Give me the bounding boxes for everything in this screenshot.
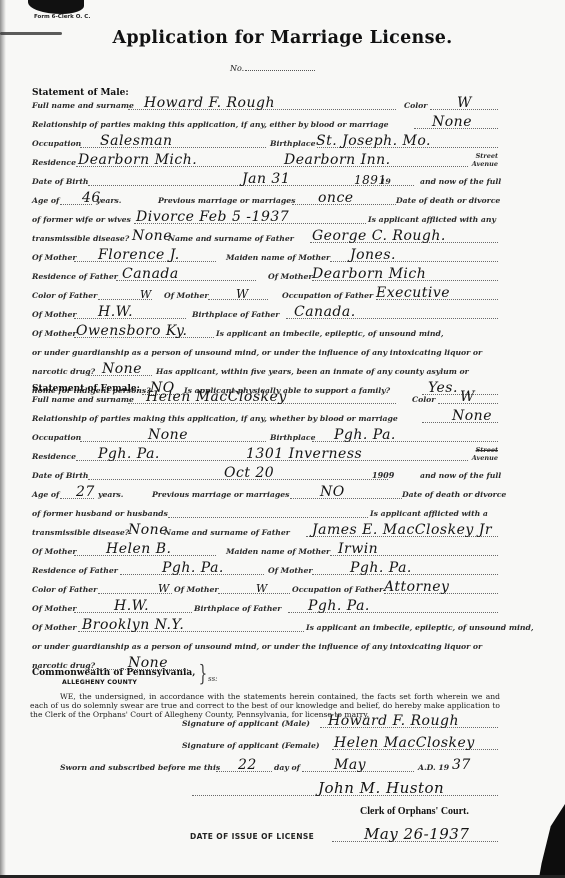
- male-parent-residence-line: Residence of Father Canada Of Mother Dea…: [32, 265, 498, 284]
- street-avenue-label: StreetAvenue: [472, 446, 498, 462]
- label: Maiden name of Mother: [226, 547, 330, 556]
- label: Birthplace of Father: [194, 604, 281, 613]
- female-relationship-line: Relationship of parties making this appl…: [32, 407, 498, 426]
- male-disease-line: transmissible disease? None Name and sur…: [32, 227, 498, 246]
- female-narcotic-line: [32, 629, 232, 648]
- label: Color: [404, 101, 427, 110]
- male-mother-residence: Dearborn Mich: [312, 266, 426, 282]
- label: 19: [380, 177, 391, 186]
- blank: [290, 497, 402, 499]
- female-transmissible: None: [128, 522, 168, 538]
- female-father-name: James E. MacCloskey Jr: [312, 522, 492, 538]
- label: Birthplace: [270, 139, 315, 148]
- label: narcotic drug?: [32, 661, 95, 670]
- male-transmissible: None: [132, 228, 172, 244]
- scan-corner-shadow: [539, 804, 565, 878]
- label: Birthplace: [270, 433, 315, 442]
- label: A.D. 19: [418, 763, 449, 772]
- street-avenue-label: StreetAvenue: [472, 152, 498, 168]
- label: of former husband or husbands: [32, 509, 168, 518]
- female-occupation-line: Occupation None Birthplace Pgh. Pa.: [32, 426, 498, 445]
- female-father-color: W: [158, 582, 170, 595]
- label: transmissible disease?: [32, 234, 129, 243]
- female-mother-name: Helen B.: [106, 541, 171, 557]
- male-signature: Howard F. Rough: [328, 713, 459, 729]
- female-mother-occupation: H.W.: [114, 598, 149, 614]
- label: Occupation: [32, 139, 81, 148]
- label: transmissible disease?: [32, 528, 129, 537]
- label: Of Mother: [164, 291, 208, 300]
- label: or under guardianship as a person of uns…: [32, 348, 482, 357]
- blank: [168, 516, 368, 518]
- male-mother-color: W: [236, 287, 249, 301]
- female-mother-line: Of Mother Helen B. Maiden name of Mother…: [32, 540, 498, 559]
- county-heading: ALLEGHENY COUNTY: [62, 679, 137, 686]
- label: Occupation of Father: [282, 291, 373, 300]
- male-parent-occupation-line: Of Mother H.W. Birthplace of Father Cana…: [32, 303, 498, 322]
- female-age: 27: [76, 484, 95, 500]
- label: Date of Birth: [32, 471, 89, 480]
- male-former-spouse-detail: Divorce Feb 5 -1937: [136, 209, 289, 225]
- label: Name and surname of Father: [168, 234, 294, 243]
- male-mother-birthplace-line: Of Mother Owensboro Ky. Is applicant an …: [32, 322, 498, 341]
- male-narcotic: None: [102, 361, 142, 377]
- female-parent-residence-line: Residence of Father Pgh. Pa. Of Mother P…: [32, 559, 498, 578]
- female-previous-marriages: NO: [320, 484, 345, 500]
- label: Of Mother: [174, 585, 218, 594]
- label: Color of Father: [32, 291, 97, 300]
- female-residence-street: 1301 Inverness: [246, 446, 362, 462]
- label: Is applicant afflicted with any: [368, 215, 496, 224]
- clerk-signature: John M. Huston: [318, 779, 444, 797]
- female-father-birthplace: Pgh. Pa.: [308, 598, 370, 614]
- label: Is applicant an imbecile, epileptic, of …: [216, 329, 444, 338]
- male-narcotic-line: narcotic drug? None Has applicant, withi…: [32, 360, 498, 379]
- issue-date-line: May 26-1937: [32, 826, 498, 845]
- label: and now of the full: [420, 177, 501, 186]
- ss-mark: ss:: [208, 675, 218, 683]
- label: Signature of applicant (Female): [182, 741, 319, 750]
- male-father-name: George C. Rough.: [312, 228, 446, 244]
- label: Full name and surname: [32, 101, 134, 110]
- sworn-month: May: [334, 757, 366, 773]
- label: Is applicant afflicted with a: [370, 509, 488, 518]
- female-former-spouse-line: of former husband or husbands Is applica…: [32, 502, 498, 521]
- label: of former wife or wives: [32, 215, 131, 224]
- male-age-line: Age of 46 years. Previous marriage or ma…: [32, 189, 498, 208]
- female-occupation: None: [148, 427, 188, 443]
- label: Is applicant an imbecile, epileptic, of …: [306, 623, 534, 632]
- label: and now of the full: [420, 471, 501, 480]
- label: narcotic drug?: [32, 367, 95, 376]
- label: Residence: [32, 158, 76, 167]
- sworn-line: Sworn and subscribed before me this 22 d…: [32, 756, 498, 775]
- label: Name and surname of Father: [164, 528, 290, 537]
- application-number: No.: [230, 64, 315, 73]
- label: Age of: [32, 490, 59, 499]
- label: years.: [96, 196, 121, 205]
- label: Signature of applicant (Male): [182, 719, 310, 728]
- label: Of Mother: [32, 547, 76, 556]
- label: Maiden name of Mother: [226, 253, 330, 262]
- number-blank: [245, 70, 315, 71]
- male-occupation: Salesman: [100, 133, 173, 149]
- male-relationship-line: Relationship of parties making this appl…: [32, 113, 498, 132]
- male-former-spouse-line: of former wife or wives Divorce Feb 5 -1…: [32, 208, 498, 227]
- label: Of Mother: [268, 566, 312, 575]
- female-father-occupation: Attorney: [384, 579, 449, 595]
- label: Of Mother: [32, 310, 76, 319]
- male-father-residence: Canada: [122, 266, 179, 282]
- female-parent-occupation-line: Of Mother H.W. Birthplace of Father Pgh.…: [32, 597, 498, 616]
- male-mother-maiden: Jones.: [350, 247, 396, 263]
- male-father-color: W: [140, 288, 152, 301]
- male-previous-marriages: once: [318, 190, 354, 206]
- scan-edge: [0, 0, 6, 878]
- female-dob: Oct 20: [224, 465, 274, 481]
- label: Occupation: [32, 433, 81, 442]
- male-guardianship-line: or under guardianship as a person of uns…: [32, 341, 498, 360]
- sworn-year: 37: [452, 757, 471, 773]
- male-residence-street: Dearborn Inn.: [284, 152, 391, 168]
- female-father-residence: Pgh. Pa.: [162, 560, 224, 576]
- female-birthplace: Pgh. Pa.: [334, 427, 396, 443]
- label: Relationship of parties making this appl…: [32, 414, 398, 423]
- clerk-title: Clerk of Orphans' Court.: [360, 806, 469, 817]
- label: Of Mother: [32, 329, 76, 338]
- female-mother-residence: Pgh. Pa.: [350, 560, 412, 576]
- ink-stain: [28, 0, 84, 14]
- label: Sworn and subscribed before me this: [60, 763, 220, 772]
- female-color: W: [460, 389, 475, 405]
- marriage-license-application: Form 6-Clerk O. C. Application for Marri…: [0, 0, 565, 878]
- male-relationship: None: [432, 114, 472, 130]
- label: Previous marriage or marriages: [158, 196, 295, 205]
- female-mother-color: W: [256, 582, 268, 595]
- female-signature-line: Signature of applicant (Female) Helen Ma…: [32, 734, 498, 753]
- label: Of Mother: [32, 604, 76, 613]
- number-label: No.: [230, 64, 244, 73]
- male-mother-birthplace: Owensboro Ky.: [76, 323, 187, 339]
- male-color: W: [457, 95, 472, 111]
- label: years.: [98, 490, 123, 499]
- female-residence-city: Pgh. Pa.: [98, 446, 160, 462]
- issue-date: May 26-1937: [364, 825, 469, 843]
- male-birthplace: St. Joseph. Mo.: [316, 133, 431, 149]
- label: Residence of Father: [32, 566, 118, 575]
- label: Relationship of parties making this appl…: [32, 120, 388, 129]
- document-title: Application for Marriage License.: [0, 28, 565, 48]
- label: Date of death or divorce: [402, 490, 506, 499]
- male-occupation-line: Occupation Salesman Birthplace St. Josep…: [32, 132, 498, 151]
- form-code: Form 6-Clerk O. C.: [34, 14, 90, 20]
- label: Residence: [32, 452, 76, 461]
- sworn-day: 22: [238, 757, 257, 773]
- female-dob-year: 1909: [372, 470, 394, 480]
- male-dob: Jan 31: [242, 171, 290, 187]
- label: Has applicant, within five years, been a…: [156, 367, 469, 376]
- male-name-line: Full name and surname Howard F. Rough Co…: [32, 94, 498, 113]
- label: Color: [412, 395, 435, 404]
- male-mother-occupation: H.W.: [98, 304, 133, 320]
- label: Full name and surname: [32, 395, 134, 404]
- label: Birthplace of Father: [192, 310, 279, 319]
- label: day of: [274, 763, 300, 772]
- male-father-occupation: Executive: [376, 285, 450, 301]
- male-signature-line: Signature of applicant (Male) Howard F. …: [32, 712, 498, 731]
- female-relationship: None: [452, 408, 492, 424]
- male-dob-line: Date of Birth Jan 31 1891 19 and now of …: [32, 170, 498, 189]
- label: Previous marriage or marriages: [152, 490, 289, 499]
- label: Of Mother: [268, 272, 312, 281]
- blank: [218, 592, 290, 594]
- female-age-line: Age of 27 years. Previous marriage or ma…: [32, 483, 498, 502]
- label: Occupation of Father: [292, 585, 383, 594]
- female-mother-maiden: Irwin: [338, 541, 378, 557]
- female-signature: Helen MacCloskey: [334, 735, 475, 751]
- male-mother-name: Florence J.: [98, 247, 180, 263]
- female-parent-color-line: Color of Father W Of Mother W Occupation…: [32, 578, 498, 597]
- female-name-line: Full name and surname Helen MacCloskey C…: [32, 388, 498, 407]
- label: Age of: [32, 196, 59, 205]
- male-full-name: Howard F. Rough: [144, 95, 275, 111]
- female-full-name: Helen MacCloskey: [146, 389, 287, 405]
- label: Date of death or divorce: [396, 196, 500, 205]
- male-residence-line: Residence Dearborn Mich. Dearborn Inn. S…: [32, 151, 498, 170]
- female-residence-line: Residence Pgh. Pa. 1301 Inverness Street…: [32, 445, 498, 464]
- female-narcotic-row: narcotic drug?None: [32, 654, 498, 673]
- label: Residence of Father: [32, 272, 118, 281]
- label: Color of Father: [32, 585, 97, 594]
- female-narcotic: None: [128, 655, 168, 671]
- label: Date of Birth: [32, 177, 89, 186]
- female-disease-line: transmissible disease? None Name and sur…: [32, 521, 498, 540]
- clerk-signature-line: John M. Huston: [32, 780, 498, 799]
- label: Of Mother: [32, 253, 76, 262]
- female-dob-line: Date of Birth Oct 20 1909 and now of the…: [32, 464, 498, 483]
- male-mother-line: Of Mother Florence J. Maiden name of Mot…: [32, 246, 498, 265]
- male-father-birthplace: Canada.: [294, 304, 356, 320]
- male-parent-color-line: Color of Father W Of Mother W Occupation…: [32, 284, 498, 303]
- male-residence-city: Dearborn Mich.: [78, 152, 197, 168]
